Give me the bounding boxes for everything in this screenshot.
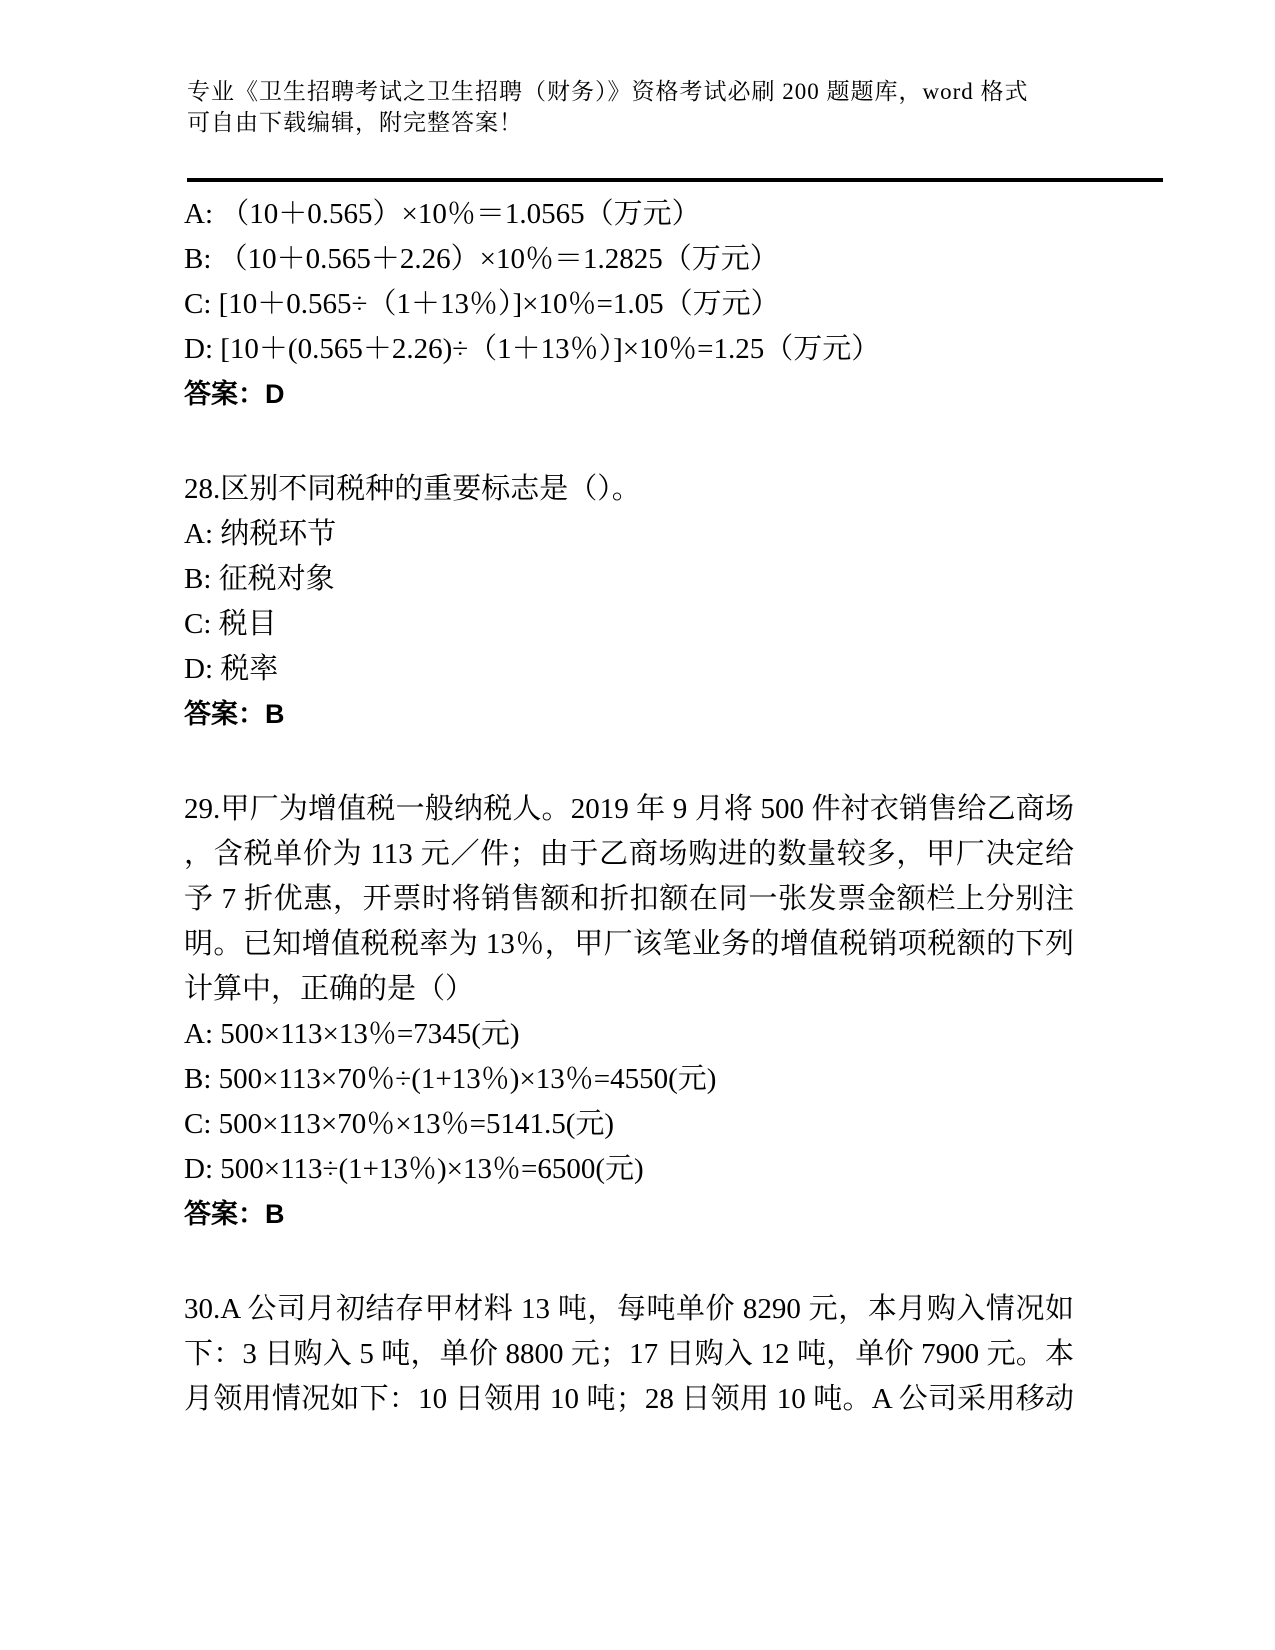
question-28: 28.区别不同税种的重要标志是（）。 A: 纳税环节 B: 征税对象 C: 税目… xyxy=(184,467,1074,737)
option-d: D: 500×113÷(1+13％)×13％=6500(元) xyxy=(184,1147,1074,1192)
answer-line: 答案：B xyxy=(184,1192,1074,1237)
question-stem-line: 29.甲厂为增值税一般纳税人。2019 年 9 月将 500 件衬衣销售给乙商场 xyxy=(184,787,1074,832)
answer-line: 答案：B xyxy=(184,692,1074,737)
option-b: B: （10＋0.565＋2.26）×10％＝1.2825（万元） xyxy=(184,237,1074,282)
option-a: A: 500×113×13％=7345(元) xyxy=(184,1012,1074,1057)
option-c: C: 税目 xyxy=(184,602,1074,647)
document-body: A: （10＋0.565）×10％＝1.0565（万元） B: （10＋0.56… xyxy=(0,192,1074,1422)
question-30: 30.A 公司月初结存甲材料 13 吨，每吨单价 8290 元，本月购入情况如 … xyxy=(184,1287,1074,1422)
option-b: B: 500×113×70％÷(1+13％)×13％=4550(元) xyxy=(184,1057,1074,1102)
option-b: B: 征税对象 xyxy=(184,557,1074,602)
header-title-line2: 可自由下载编辑，附完整答案！ xyxy=(187,107,1090,138)
question-stem-line: 月领用情况如下：10 日领用 10 吨；28 日领用 10 吨。A 公司采用移动 xyxy=(184,1377,1074,1422)
question-27-options: A: （10＋0.565）×10％＝1.0565（万元） B: （10＋0.56… xyxy=(184,192,1074,417)
answer-line: 答案：D xyxy=(184,372,1074,417)
question-stem-line: ，含税单价为 113 元／件；由于乙商场购进的数量较多，甲厂决定给 xyxy=(184,832,1074,877)
document-header: 专业《卫生招聘考试之卫生招聘（财务）》资格考试必刷 200 题题库，word 格… xyxy=(0,0,1090,138)
option-d: D: [10＋(0.565＋2.26)÷（1＋13％）]×10％=1.25（万元… xyxy=(184,327,1074,372)
question-stem-line: 计算中，正确的是（） xyxy=(184,967,1074,1012)
question-stem-line: 30.A 公司月初结存甲材料 13 吨，每吨单价 8290 元，本月购入情况如 xyxy=(184,1287,1074,1332)
question-29: 29.甲厂为增值税一般纳税人。2019 年 9 月将 500 件衬衣销售给乙商场… xyxy=(184,787,1074,1237)
header-title-line1: 专业《卫生招聘考试之卫生招聘（财务）》资格考试必刷 200 题题库，word 格… xyxy=(187,76,1090,107)
question-stem: 28.区别不同税种的重要标志是（）。 xyxy=(184,467,1074,512)
option-d: D: 税率 xyxy=(184,647,1074,692)
option-c: C: 500×113×70％×13％=5141.5(元) xyxy=(184,1102,1074,1147)
option-a: A: （10＋0.565）×10％＝1.0565（万元） xyxy=(184,192,1074,237)
document-page: 专业《卫生招聘考试之卫生招聘（财务）》资格考试必刷 200 题题库，word 格… xyxy=(0,0,1275,1650)
question-stem-line: 明。已知增值税税率为 13％，甲厂该笔业务的增值税销项税额的下列 xyxy=(184,922,1074,967)
question-stem-line: 下：3 日购入 5 吨，单价 8800 元；17 日购入 12 吨，单价 790… xyxy=(184,1332,1074,1377)
option-a: A: 纳税环节 xyxy=(184,512,1074,557)
header-double-rule xyxy=(187,178,1163,182)
option-c: C: [10＋0.565÷（1＋13％）]×10％=1.05（万元） xyxy=(184,282,1074,327)
question-stem-line: 予 7 折优惠，开票时将销售额和折扣额在同一张发票金额栏上分别注 xyxy=(184,877,1074,922)
